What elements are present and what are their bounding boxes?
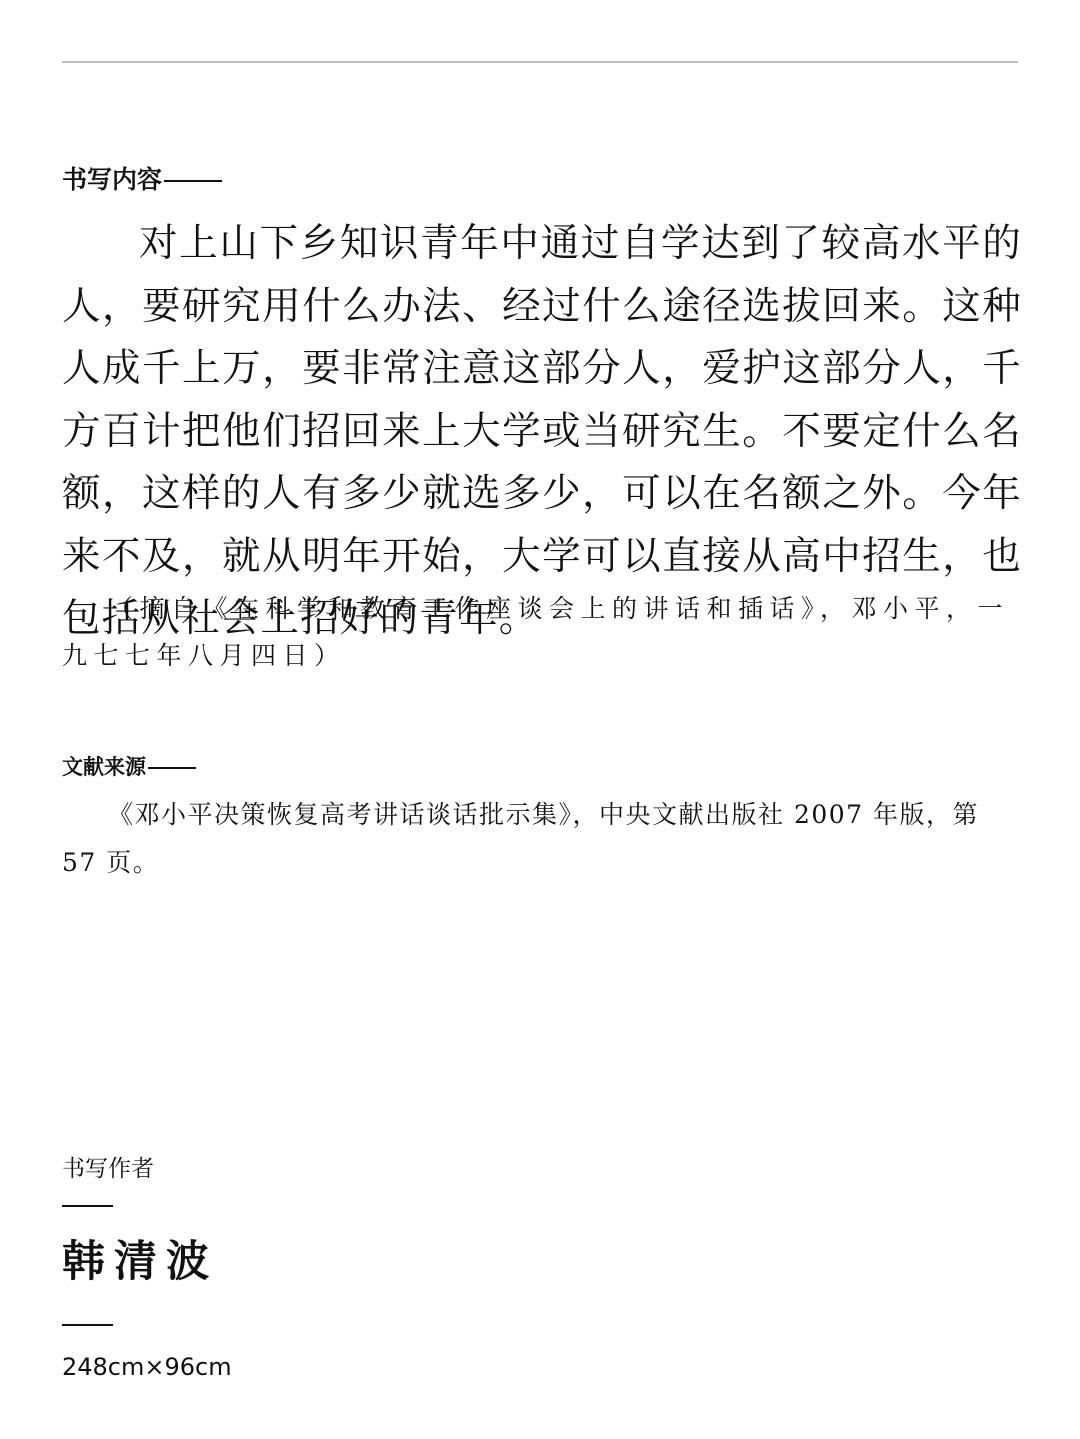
source-section-label: 文献来源 [62,753,196,781]
label-dash [148,767,196,769]
author-section-label: 书写作者 [62,1153,154,1185]
source-label-text: 文献来源 [62,755,146,779]
label-dash [164,180,222,182]
author-divider-bottom [62,1324,113,1326]
top-divider [62,61,1018,63]
author-divider-top [62,1205,113,1207]
content-citation: （摘自《在科学和教育工作座谈会上的讲话和插话》，邓小平，一九七七年八月四日） [62,585,1012,679]
content-label-text: 书写内容 [62,165,162,194]
author-name: 韩清波 [62,1232,218,1292]
artwork-dimensions: 248cm×96cm [62,1351,232,1383]
content-section-label: 书写内容 [62,163,222,197]
source-text: 《邓小平决策恢复高考讲话谈话批示集》，中央文献出版社 2007 年版，第 57 … [62,791,1012,887]
